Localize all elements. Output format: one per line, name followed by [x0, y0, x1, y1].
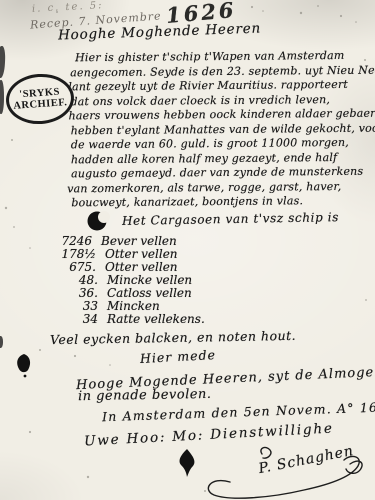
- cargo-row: 675.Otter vellen: [54, 260, 178, 274]
- cargo-row: 178½Otter vellen: [54, 247, 178, 261]
- ink-blot: [177, 449, 199, 477]
- body-line: hebben t'eylant Manhattes van de wilde g…: [71, 121, 375, 137]
- body-line: hadden alle koren half mey gezaeyt, ende…: [71, 150, 337, 165]
- cargo-row: 7246Bever vellen: [50, 234, 177, 248]
- cargo-row: 36.Catloss vellen: [56, 286, 192, 300]
- cargo-item: Mincke vellen: [107, 273, 192, 287]
- body-line: Hier is ghister t'schip t'Wapen van Amst…: [75, 49, 345, 64]
- body-line: dat ons volck daer cloeck is in vredich …: [70, 93, 330, 108]
- cargo-qty: 675.: [54, 260, 96, 274]
- ink-blot: [16, 354, 34, 380]
- cargo-qty: 33: [56, 299, 98, 313]
- closing-commendation-line2: in genade bevolen.: [78, 387, 212, 404]
- body-line: aengecomen. Seyde is den 23. septemb. uy…: [70, 63, 375, 79]
- stamp-text-line2: ARCHIEF.: [13, 97, 68, 112]
- body-line: de waerde van 60. guld. is groot 11000 m…: [71, 136, 349, 151]
- cargo-qty: 7246: [50, 234, 92, 248]
- cargo-qty: 34: [56, 312, 98, 326]
- body-line: lant gezeylt uyt de Rivier Mauritius. ra…: [68, 78, 348, 93]
- cargo-qty: 48.: [56, 273, 98, 287]
- cargo-qty: 36.: [56, 286, 98, 300]
- body-line: augusto gemaeyd. daer van zynde de munst…: [71, 165, 363, 181]
- cargo-item: Otter vellen: [105, 260, 178, 274]
- cargo-item: Catloss vellen: [107, 286, 192, 300]
- cargo-item: Ratte vellekens.: [107, 312, 205, 326]
- cargo-item: Otter vellen: [105, 247, 178, 261]
- cargo-item: Bever vellen: [101, 234, 177, 248]
- cargo-row: 33Mincken: [56, 299, 160, 313]
- cargo-item: Mincken: [107, 299, 160, 313]
- ink-blot: [84, 210, 114, 232]
- body-line: van zomerkoren, als tarwe, rogge, garst,…: [67, 179, 341, 194]
- cargo-row: 34Ratte vellekens.: [56, 312, 205, 326]
- cargo-row: 48.Mincke vellen: [56, 273, 192, 287]
- body-line: boucweyt, kanarizaet, boontjens in vlas.: [71, 194, 303, 209]
- body-line: haers vrouwens hebben oock kinderen alda…: [69, 107, 375, 123]
- cargo-qty: 178½: [54, 247, 96, 261]
- manuscript-page: i. c. te. 5: Recep. 7. Novembre 1626 Hoo…: [0, 0, 375, 500]
